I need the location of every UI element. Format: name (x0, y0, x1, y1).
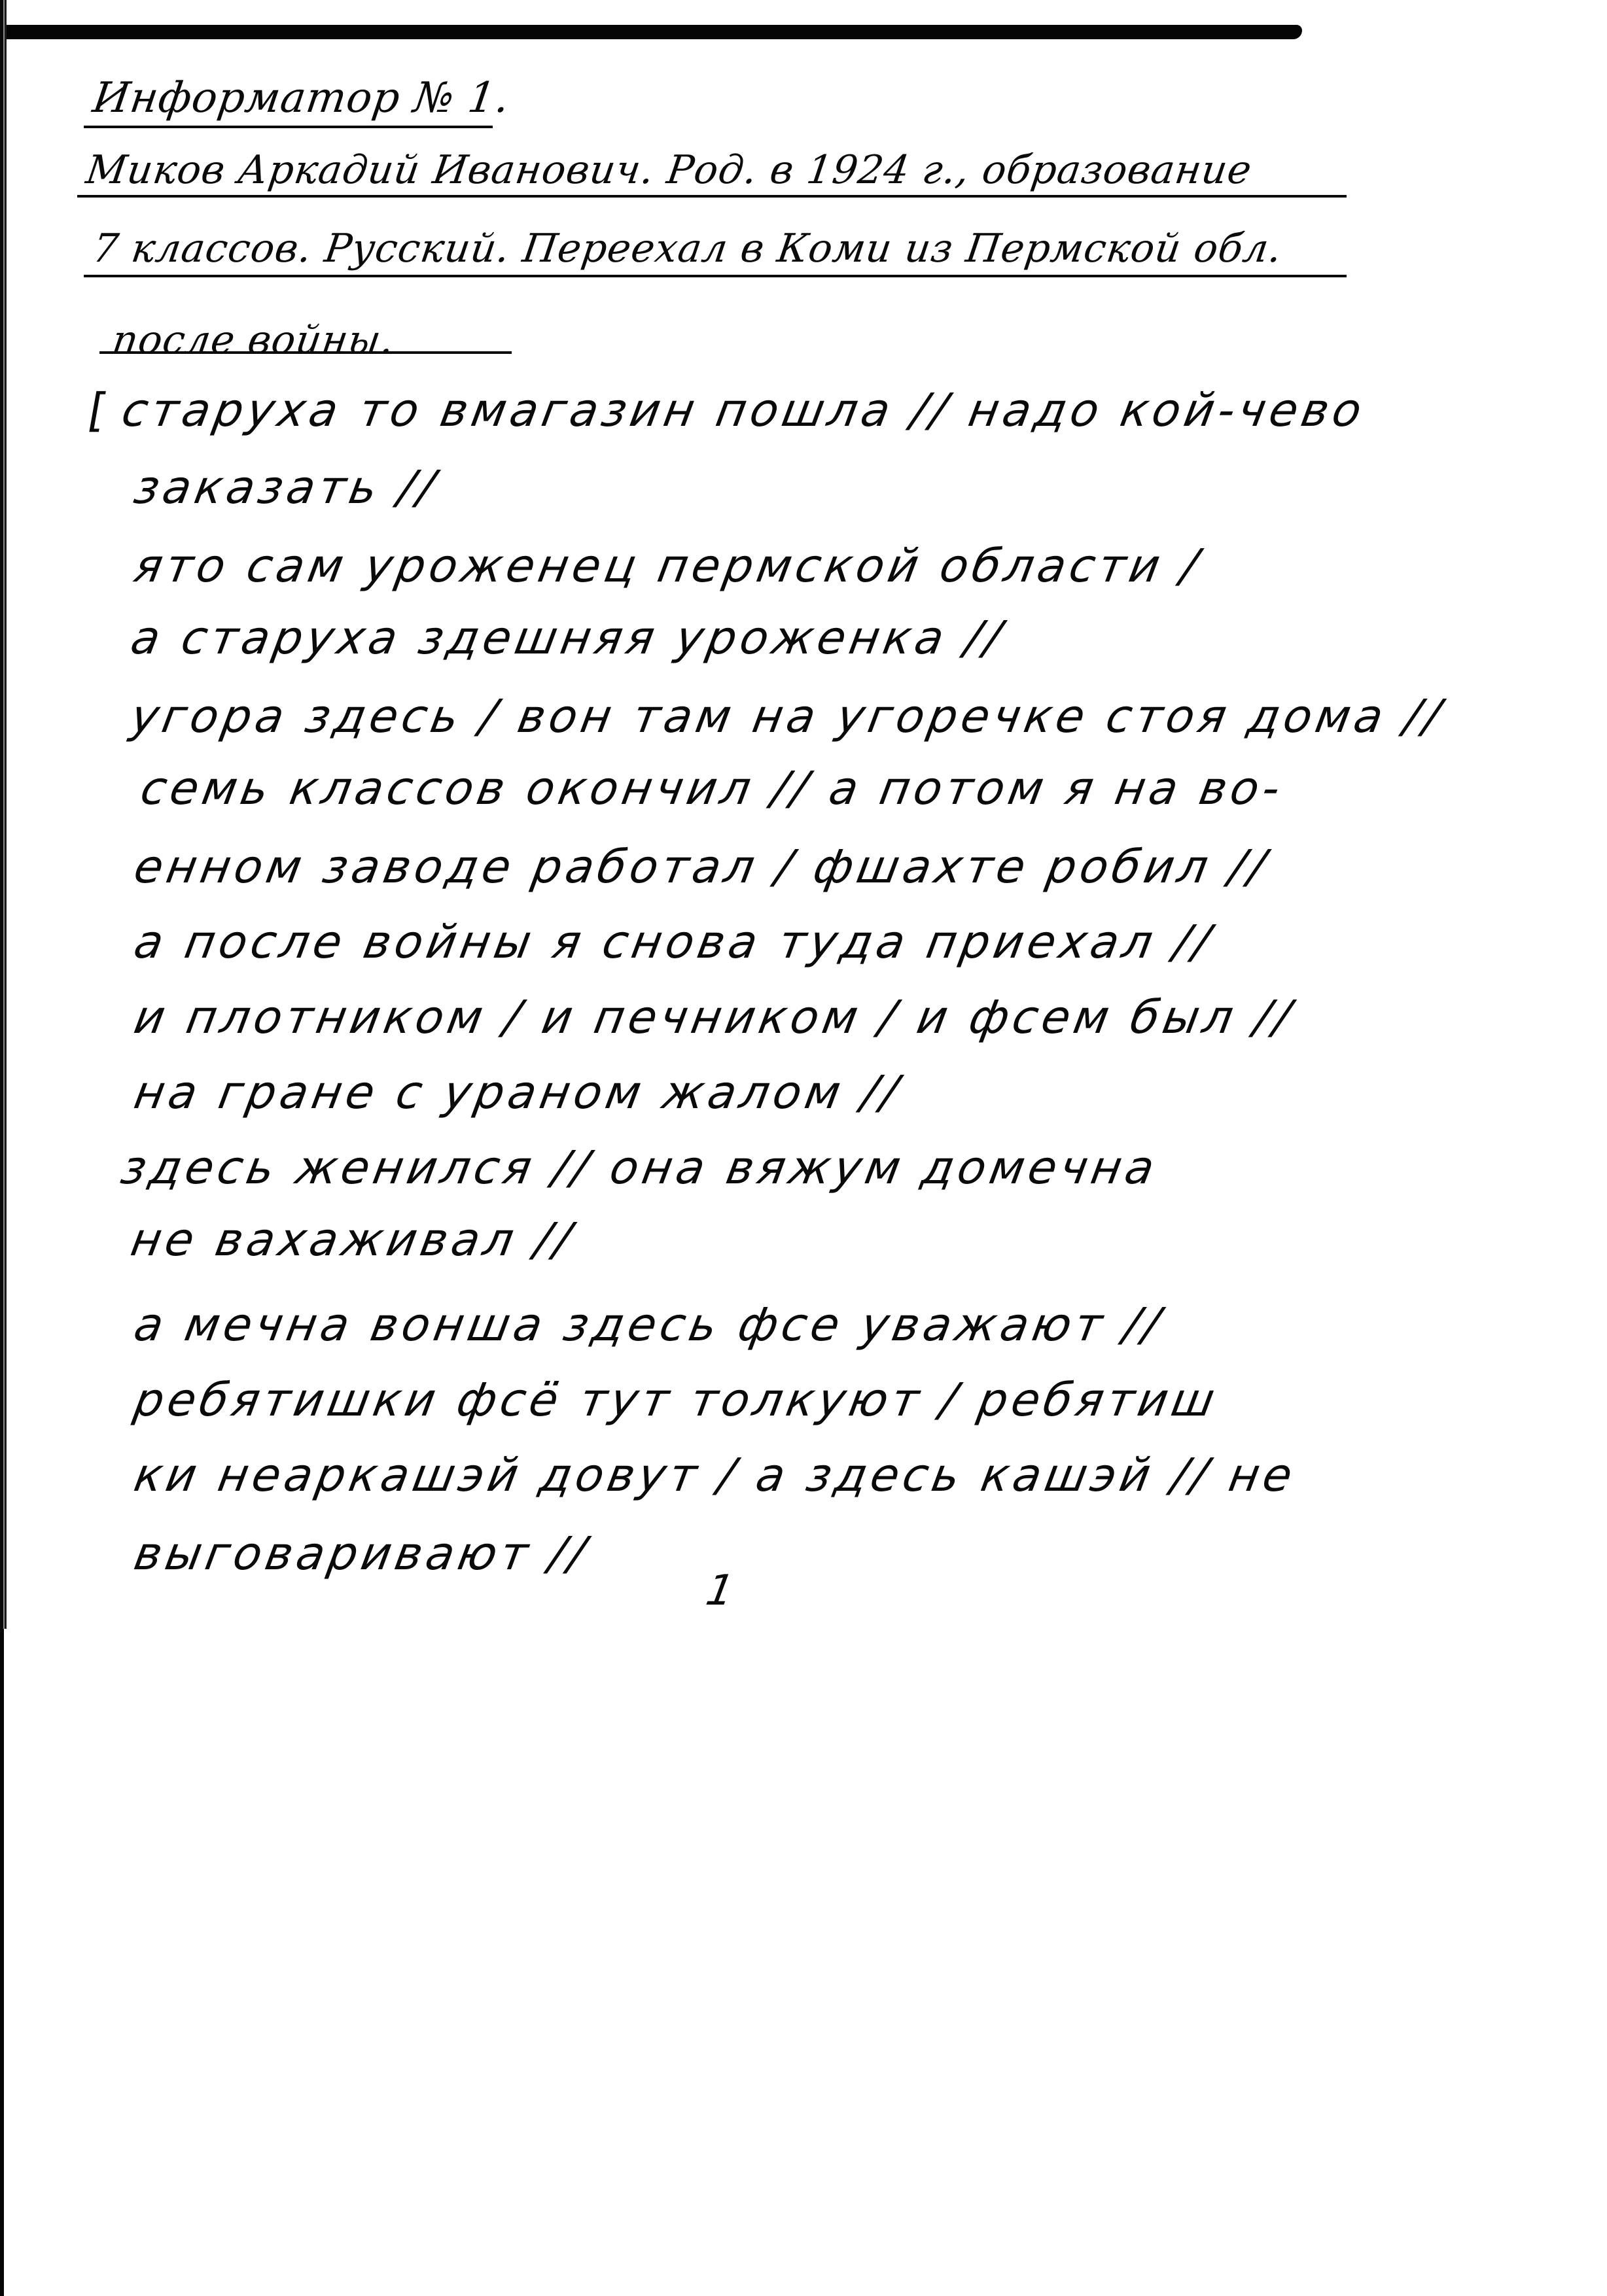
transcription-line-10: на гране с ураном жалом // (131, 1070, 905, 1115)
transcription-line-5: угора здесь / вон там на угоречке стоя д… (128, 693, 1447, 739)
informant-info-line-1: Миков Аркадий Иванович. Род. в 1924 г., … (84, 150, 1254, 190)
transcription-line-4: а старуха здешняя уроженка // (128, 615, 1008, 661)
opening-bracket: [ (84, 383, 116, 437)
transcription-line-13: а мечна вонша здесь фсе уважают // (131, 1302, 1167, 1348)
transcription-line-3: ято сам уроженец пермской области / (131, 543, 1205, 589)
header-rule-3 (99, 351, 512, 354)
informant-title: Информатор № 1. (90, 77, 512, 119)
transcription-line-14: ребятишки фсё тут толкуют / ребятиш (131, 1377, 1222, 1423)
transcription-line-16: выговаривают // (131, 1531, 593, 1576)
transcription-line-15: ки неаркашэй довут / а здесь кашэй // не (131, 1452, 1299, 1498)
transcription-line-6: семь классов окончил // а потом я на во- (137, 765, 1287, 811)
page-number: 1 (702, 1567, 737, 1615)
transcription-line-7: енном заводе работал / фшахте робил // (131, 844, 1273, 890)
transcription-line-8: а после войны я снова туда приехал // (131, 919, 1217, 965)
transcription-line-2: заказать // (131, 464, 442, 510)
title-underline (84, 126, 493, 128)
informant-info-line-2: 7 классов. Русский. Переехал в Коми из П… (90, 229, 1284, 268)
handwritten-page: Информатор № 1. Миков Аркадий Иванович. … (0, 0, 1607, 2296)
transcription-line-12: не вахаживал // (128, 1217, 578, 1262)
transcription-line-11: здесь женился // она вяжум домечна (118, 1145, 1161, 1191)
header-rule-1 (77, 195, 1347, 198)
transcription-line-9: и плотником / и печником / и фсем был // (131, 994, 1298, 1040)
informant-info-line-3: после войны. (110, 321, 397, 360)
header-rule-2 (84, 275, 1347, 277)
transcription-line-1: [старуха то вмагазин пошла // надо кой-ч… (85, 387, 1369, 433)
